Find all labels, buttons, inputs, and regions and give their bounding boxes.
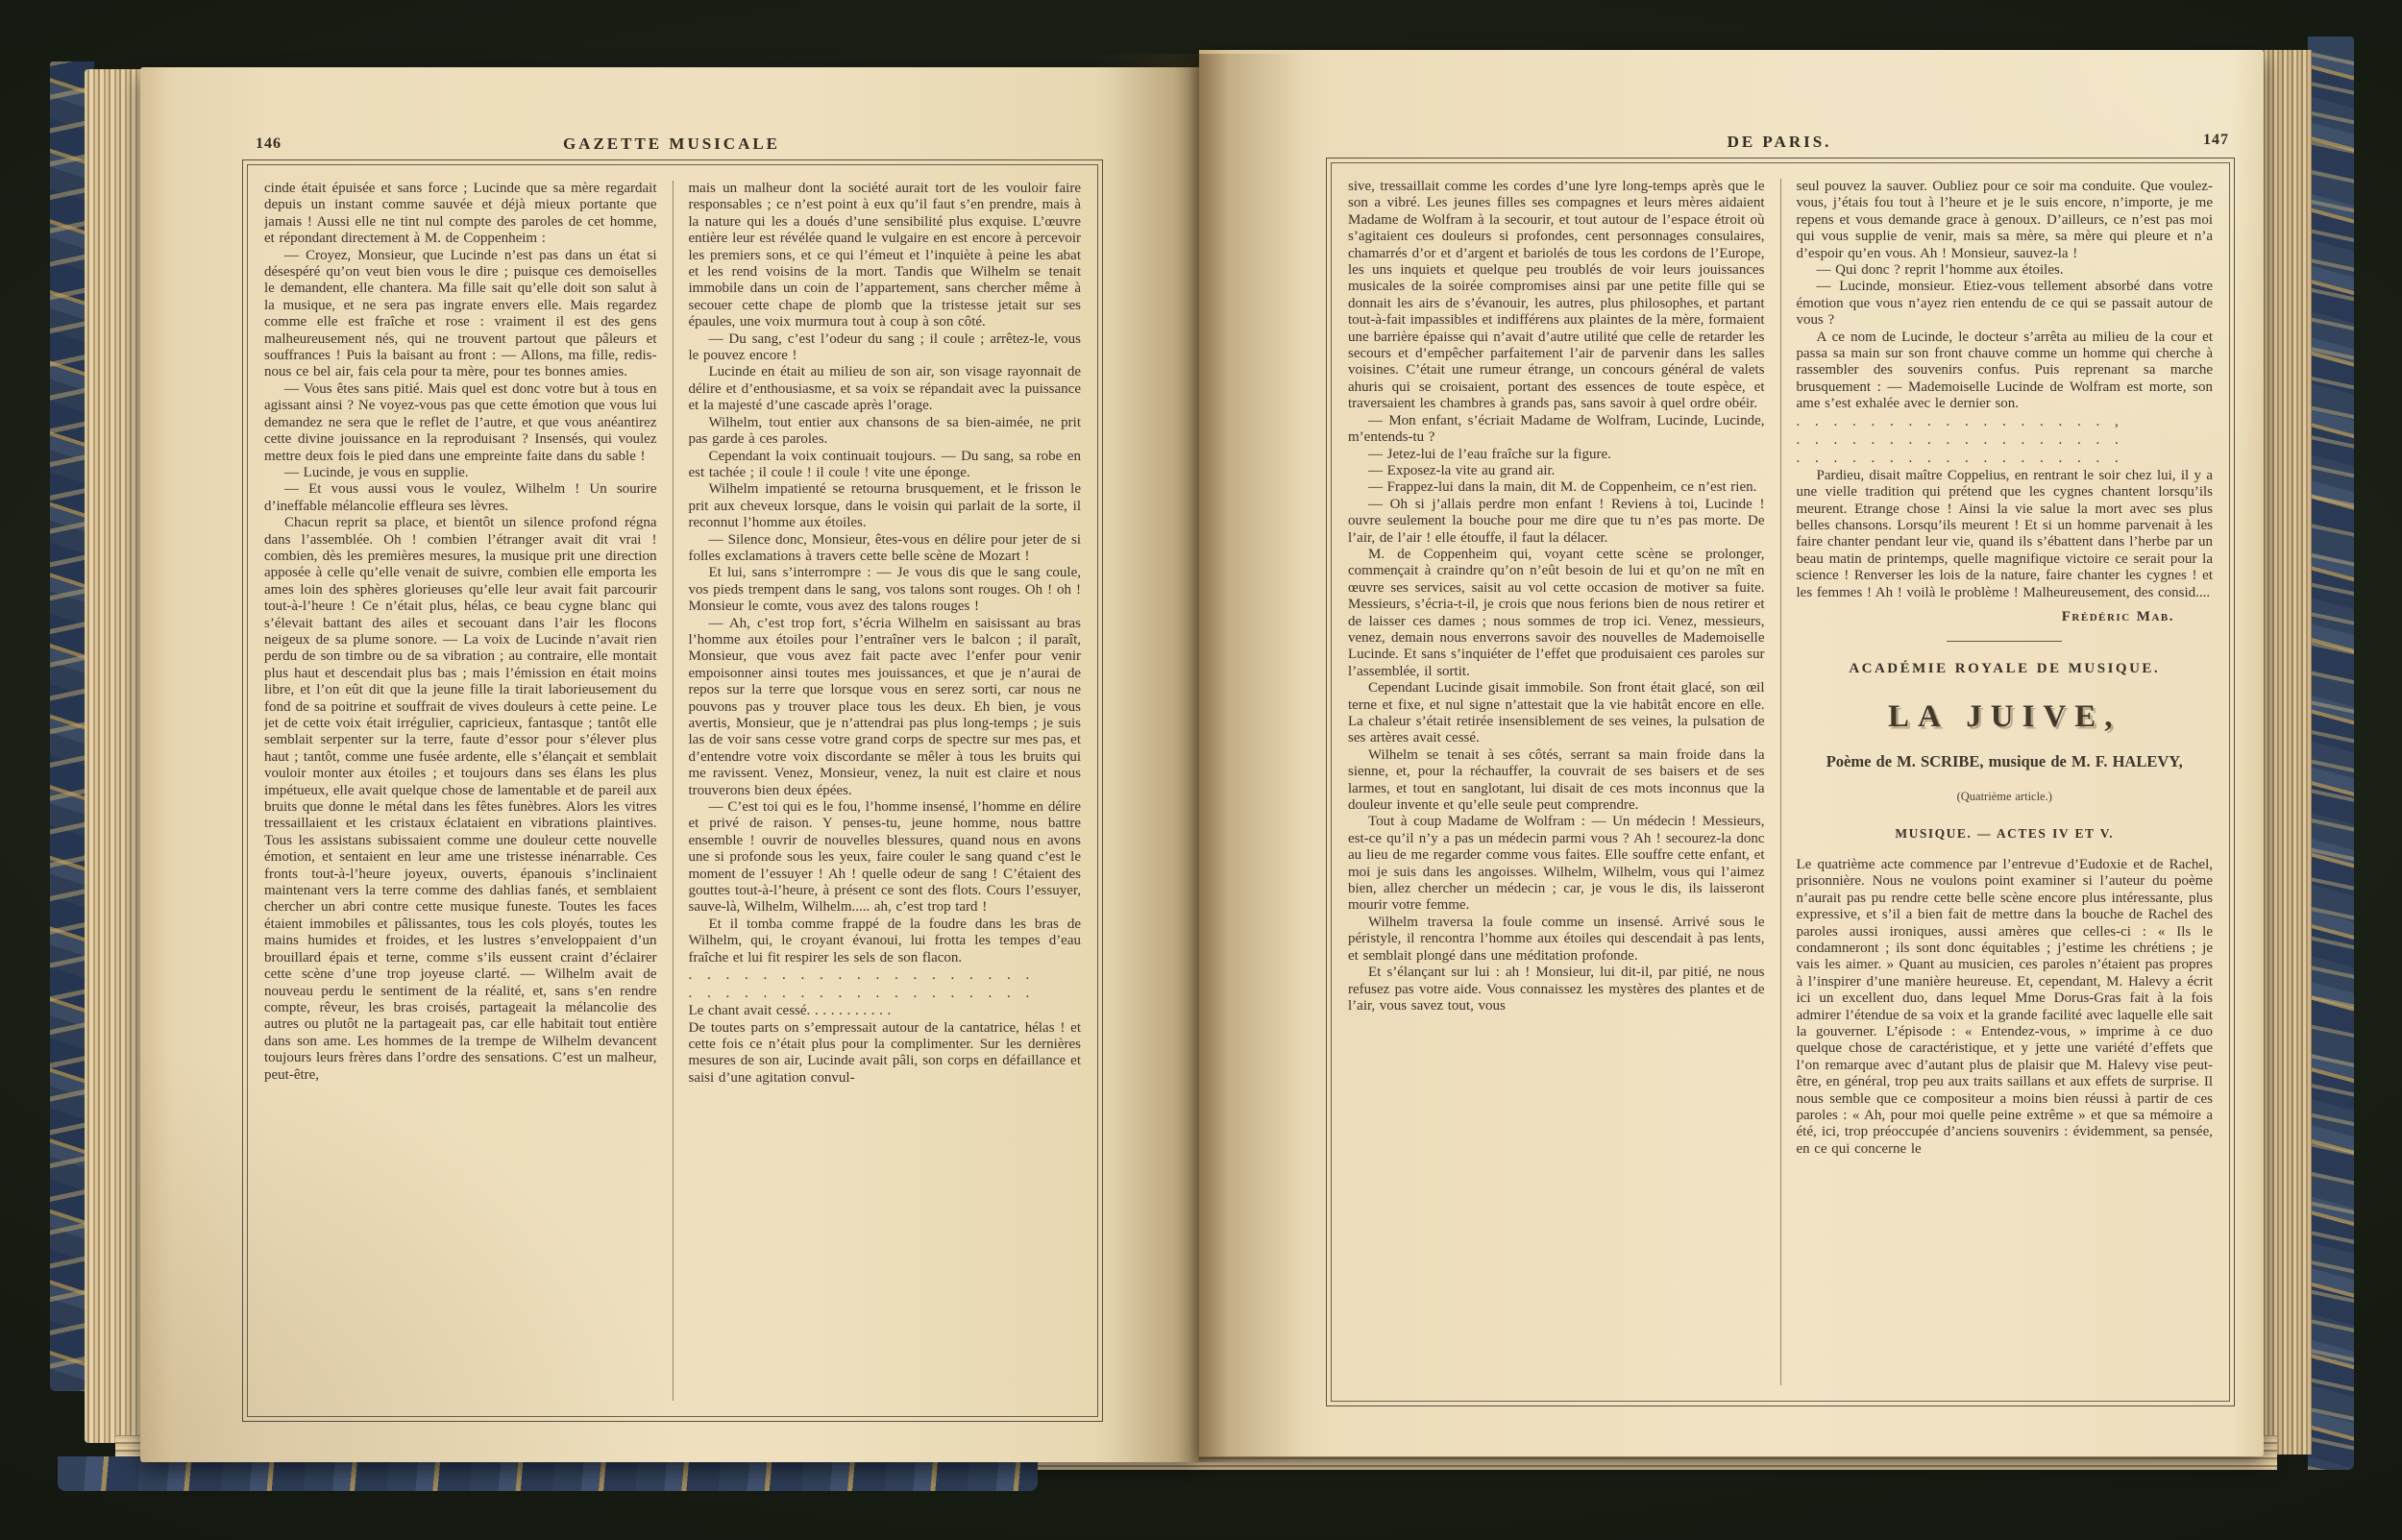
text-frame-left-inner: cinde était épuisée et sans force ; Luci…	[247, 164, 1098, 1417]
paragraph: Le chant avait cessé. . . . . . . . . . …	[689, 1003, 1082, 1019]
section-divider-rule	[1947, 641, 2062, 642]
marbled-cover-right-edge	[2308, 37, 2354, 1470]
ellipsis-row: . . . . . . . . . . . . . . . . . . .	[689, 985, 1082, 1003]
paragraph: seul pouvez la sauver. Oubliez pour ce s…	[1797, 179, 2214, 262]
book-photograph: 146 GAZETTE MUSICALE cinde était épuisée…	[0, 0, 2402, 1540]
paragraph: De toutes parts on s’empressait autour d…	[689, 1020, 1082, 1088]
paragraph: Cependant Lucinde gisait immobile. Son f…	[1348, 680, 1765, 747]
paragraph: cinde était épuisée et sans force ; Luci…	[264, 181, 657, 248]
page-number-right: 147	[2162, 132, 2229, 149]
paragraph: A ce nom de Lucinde, le docteur s’arrêta…	[1797, 330, 2214, 413]
paragraph: Lucinde en était au milieu de son air, s…	[689, 364, 1082, 414]
paragraph: M. de Coppenheim qui, voyant cette scène…	[1348, 547, 1765, 680]
ellipsis-row: . . . . . . . . . . . . . . . . . .	[1797, 431, 2214, 450]
ellipsis-row: . . . . . . . . . . . . . . . . . . .	[689, 966, 1082, 985]
right-page-column-1: sive, tressaillait comme les cordes d’un…	[1348, 179, 1765, 1385]
right-page-column-2: seul pouvez la sauver. Oubliez pour ce s…	[1780, 179, 2214, 1385]
paragraph: sive, tressaillait comme les cordes d’un…	[1348, 179, 1765, 413]
ellipsis-row: . . . . . . . . . . . . . . . . . ,	[1797, 413, 2214, 431]
paragraph: Wilhelm traversa la foule comme un insen…	[1348, 915, 1765, 965]
paragraph: Wilhelm impatienté se retourna brusqueme…	[689, 481, 1082, 531]
paragraph: Et s’élançant sur lui : ah ! Monsieur, l…	[1348, 965, 1765, 1014]
paragraph: — Oh si j’allais perdre mon enfant ! Rev…	[1348, 497, 1765, 547]
left-page-column-2: mais un malheur dont la société aurait t…	[673, 181, 1082, 1401]
paragraph: Le quatrième acte commence par l’entrevu…	[1797, 857, 2214, 1158]
ellipsis-row: . . . . . . . . . . . . . . . . . .	[1797, 450, 2214, 468]
text-frame-right-inner: sive, tressaillait comme les cordes d’un…	[1331, 162, 2230, 1402]
paragraph: — Croyez, Monsieur, que Lucinde n’est pa…	[264, 248, 657, 381]
paragraph: — Jetez-lui de l’eau fraîche sur la figu…	[1348, 447, 1765, 463]
page-stack-right-edges	[2260, 50, 2312, 1454]
text-frame-left: cinde était épuisée et sans force ; Luci…	[242, 159, 1103, 1422]
paragraph: — Lucinde, monsieur. Etiez-vous tellemen…	[1797, 279, 2214, 329]
section-heading-academy: ACADÉMIE ROYALE DE MUSIQUE.	[1797, 661, 2214, 677]
paragraph: Et il tomba comme frappé de la foudre da…	[689, 917, 1082, 966]
left-page-column-1: cinde était épuisée et sans force ; Luci…	[264, 181, 657, 1401]
paragraph: Wilhelm se tenait à ses côtés, serrant s…	[1348, 747, 1765, 815]
paragraph: Tout à coup Madame de Wolfram : — Un méd…	[1348, 814, 1765, 914]
paragraph: — Et vous aussi vous le voulez, Wilhelm …	[264, 481, 657, 515]
paragraph: Chacun reprit sa place, et bientôt un si…	[264, 515, 657, 1084]
paragraph: — Ah, c’est trop fort, s’écria Wilhelm e…	[689, 616, 1082, 799]
paragraph: — Mon enfant, s’écriait Madame de Wolfra…	[1348, 413, 1765, 447]
paragraph: — Frappez-lui dans la main, dit M. de Co…	[1348, 479, 1765, 496]
running-title-right: DE PARIS.	[1326, 133, 2233, 152]
paragraph: Cependant la voix continuait toujours. —…	[689, 449, 1082, 482]
paragraph: mais un malheur dont la société aurait t…	[689, 181, 1082, 331]
paragraph: Et lui, sans s’interrompre : — Je vous d…	[689, 565, 1082, 615]
paragraph: Pardieu, disait maître Coppelius, en ren…	[1797, 468, 2214, 601]
article-title-la-juive: LA JUIVE,	[1797, 699, 2214, 734]
page-stack-left-edges	[85, 69, 148, 1443]
running-title-left: GAZETTE MUSICALE	[242, 134, 1101, 154]
paragraph: — Vous êtes sans pitié. Mais quel est do…	[264, 381, 657, 465]
article-byline: Poème de M. SCRIBE, musique de M. F. HAL…	[1797, 753, 2214, 770]
paragraph: — Silence donc, Monsieur, êtes-vous en d…	[689, 532, 1082, 566]
paragraph: — Lucinde, je vous en supplie.	[264, 465, 657, 481]
paragraph: — Exposez-la vite au grand air.	[1348, 463, 1765, 479]
paragraph: — C’est toi qui es le fou, l’homme insen…	[689, 799, 1082, 917]
paragraph: Wilhelm, tout entier aux chansons de sa …	[689, 415, 1082, 449]
article-number-note: (Quatrième article.)	[1797, 789, 2214, 805]
text-frame-right: sive, tressaillait comme les cordes d’un…	[1326, 158, 2235, 1406]
music-acts-heading: MUSIQUE. — ACTES IV ET V.	[1797, 825, 2214, 842]
paragraph: — Qui donc ? reprit l’homme aux étoiles.	[1797, 262, 2214, 279]
article-signature: Frédéric Mab.	[1797, 609, 2175, 625]
paragraph: — Du sang, c’est l’odeur du sang ; il co…	[689, 331, 1082, 365]
